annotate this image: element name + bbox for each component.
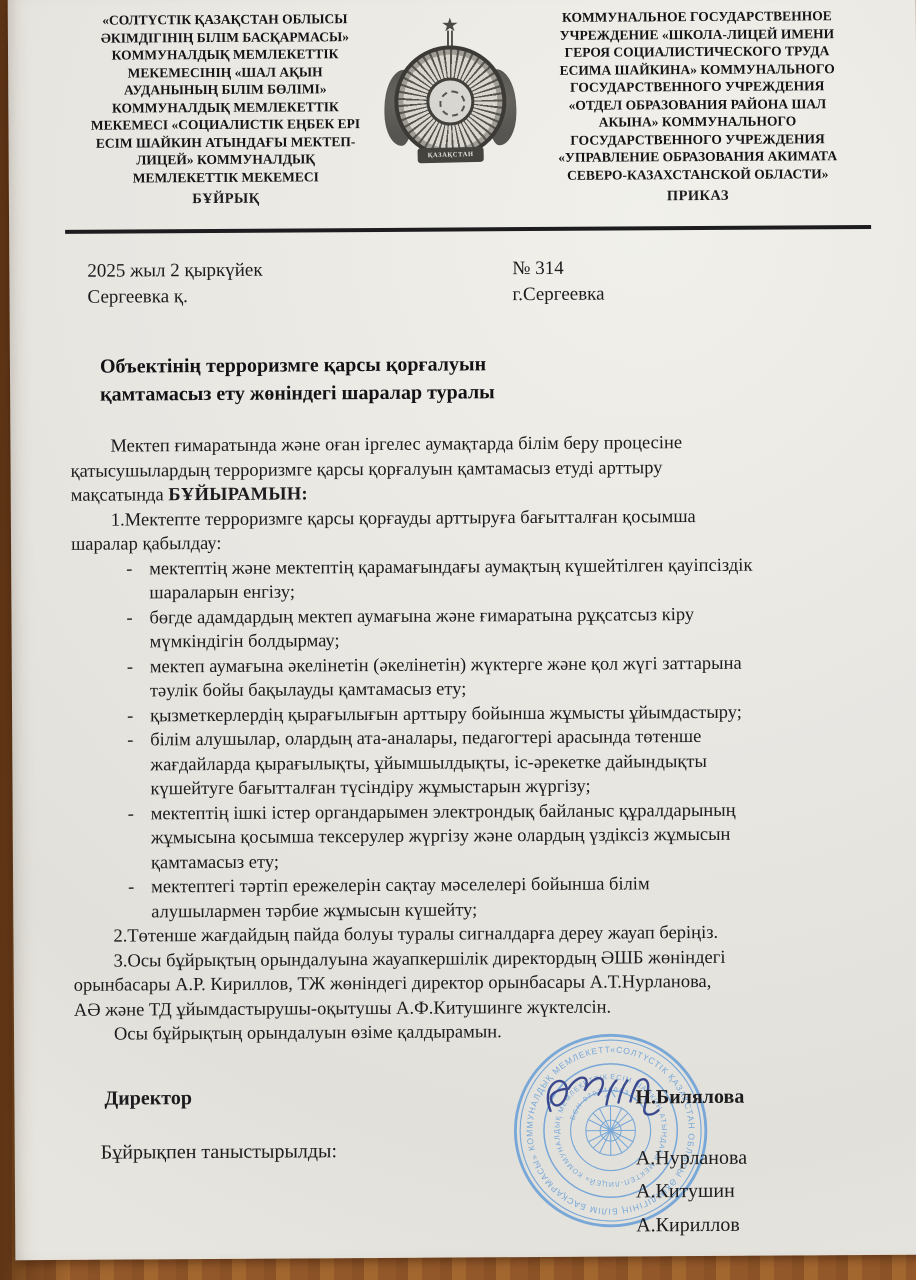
list-dash: - [127,655,137,704]
header-divider [65,225,871,234]
emblem-banner: ҚАЗАҚСТАН [417,147,483,164]
paragraph-intro: Мектеп ғимаратында және оған іргелес аум… [70,430,868,508]
director-role-label: Директор [104,1087,192,1111]
paragraph-point-1: 1.Мектепте терроризмге қарсы қорғауды ар… [71,503,869,557]
doc-type-russian: ПРИКАЗ [519,187,877,206]
list-dash: - [128,875,138,924]
order-verb-bold: БҰЙЫРАМЫН: [168,484,308,505]
list-dash: - [127,704,137,729]
list-item: -мектептің және мектептің қарамағындағы … [126,552,869,606]
list-item-text: білім алушылар, олардың ата-аналары, пед… [150,724,850,802]
list-item: -мектеп аумағына әкелінетін (әкелінетін)… [127,650,870,704]
list-item-text: мектептегі тәртіп ережелерін сақтау мәсе… [151,871,851,924]
list-dash: - [127,728,137,802]
paragraph-intro-text: Мектеп ғимаратында және оған іргелес аум… [71,433,683,506]
org-name-russian-block: КОММУНАЛЬНОЕ ГОСУДАРСТВЕННОЕ УЧРЕЖДЕНИЕ … [518,7,877,206]
list-dash: - [128,802,138,876]
photo-scene: «СОЛТҮСТІК ҚАЗАҚСТАН ОБЛЫСЫ ӘКІМДІГІНІҢ … [0,0,916,1280]
org-name-kazakh: «СОЛТҮСТІК ҚАЗАҚСТАН ОБЛЫСЫ ӘКІМДІГІНІҢ … [66,10,385,187]
list-item: -бөгде адамдардың мектеп аумағына және ғ… [126,601,869,655]
list-item-text: мектептің және мектептің қарамағындағы а… [149,553,849,606]
document-page: «СОЛТҮСТІК ҚАЗАҚСТАН ОБЛЫСЫ ӘКІМДІГІНІҢ … [8,0,916,1260]
measures-list: -мектептің және мектептің қарамағындағы … [126,552,871,924]
paragraph-point-3: 3.Осы бұйрықтың орындалуына жауапкершілі… [74,944,872,1022]
signature-block: «СОЛТҮСТІК ҚАЗАҚСТАН ОБЛЫСЫ ӘКІМДІГІНІҢ … [72,1042,883,1262]
director-name: Н.Билялова [635,1085,744,1109]
list-item: -мектептің ішкі істер органдарымен элект… [128,797,871,875]
list-dash: - [126,557,136,606]
order-number-and-place: № 314 г.Сергеевка [512,256,604,309]
date-and-place: 2025 жыл 2 қыркүйек Сергеевка қ. [87,256,512,311]
list-dash: - [126,606,136,655]
list-item: -мектептегі тәртіп ережелерін сақтау мәс… [128,871,871,925]
acknowledged-label: Бұйрықпен таныстырылды: [101,1140,337,1164]
emblem-shanyrak [426,77,474,125]
list-item-text: мектептің ішкі істер органдарымен электр… [151,798,851,876]
kazakhstan-emblem-icon: ҚАЗАҚСТАН [384,17,517,186]
list-item: -білім алушылар, олардың ата-аналары, пе… [127,724,870,802]
org-name-kazakh-block: «СОЛТҮСТІК ҚАЗАҚСТАН ОБЛЫСЫ ӘКІМДІГІНІҢ … [66,10,385,209]
document-header: «СОЛТҮСТІК ҚАЗАҚСТАН ОБЛЫСЫ ӘКІМДІГІНІҢ … [66,7,877,209]
list-item-text: бөгде адамдардың мектеп аумағына және ғи… [149,602,849,655]
org-name-russian: КОММУНАЛЬНОЕ ГОСУДАРСТВЕННОЕ УЧРЕЖДЕНИЕ … [518,7,877,184]
doc-type-kazakh: БҰЙРЫҚ [67,190,385,209]
order-title: Объектінің терроризмге қарсы қорғалуын қ… [100,348,878,409]
order-body: Мектеп ғимаратында және оған іргелес аум… [68,430,872,1047]
acknowledged-names: А.Нурланова А.Китушин А.Кириллов [636,1141,748,1242]
list-item-text: мектеп аумағына әкелінетін (әкелінетін) … [150,651,850,704]
meta-row: 2025 жыл 2 қыркүйек Сергеевка қ. № 314 г… [67,254,877,311]
